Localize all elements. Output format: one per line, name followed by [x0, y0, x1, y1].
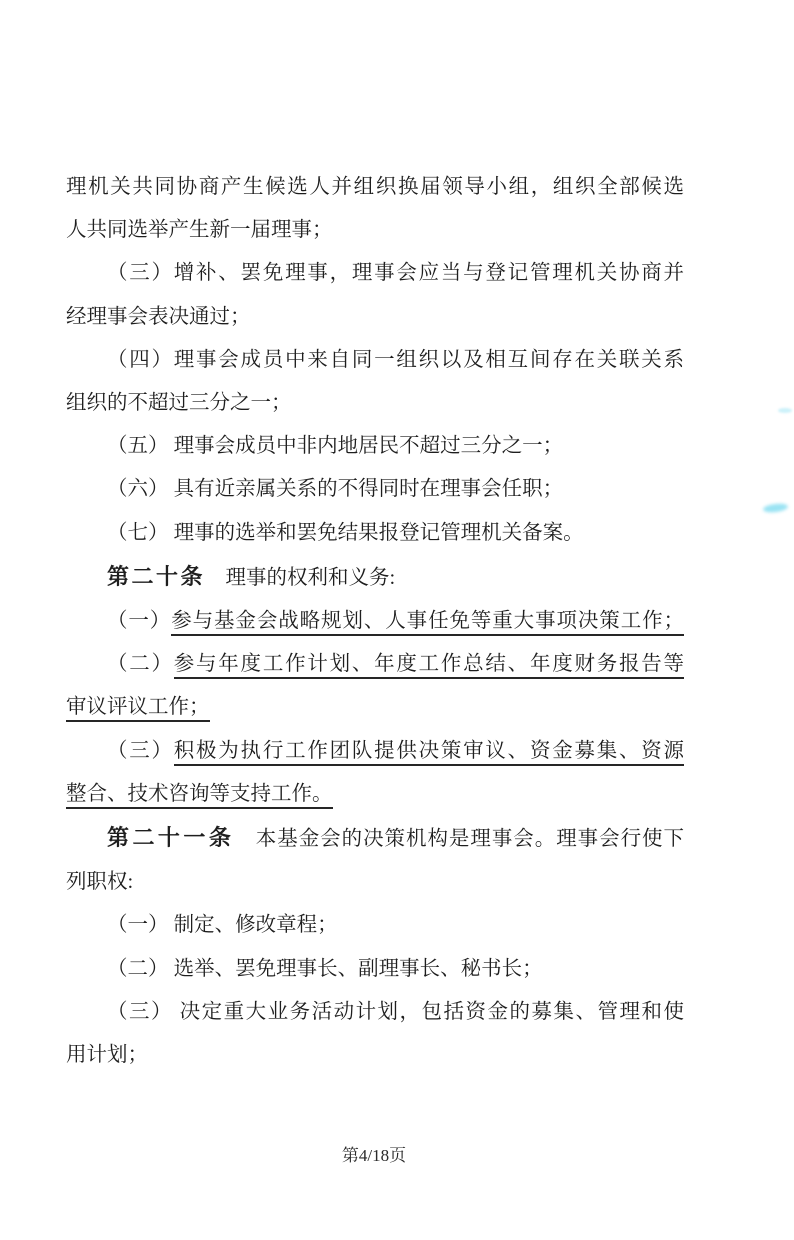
article-number: 第二十一条	[107, 825, 234, 850]
text-line: 经理事会表决通过；	[66, 296, 684, 339]
underlined-run: 审议评议工作；	[66, 696, 210, 722]
text-line: 审议评议工作；	[66, 686, 684, 729]
list-item-line: （一）参与基金会战略规划、人事任免等重大事项决策工作；	[66, 600, 684, 643]
underlined-run: 整合、技术咨询等支持工作。	[66, 783, 333, 809]
text-run: （四）理事会成员中来自同一组织以及相互间存在关联关系	[107, 349, 684, 371]
text-run: （五） 理事会成员中非内地居民不超过三分之一；	[107, 435, 563, 457]
text-run: （一） 制定、修改章程；	[107, 914, 338, 936]
text-run: （七） 理事的选举和罢免结果报登记管理机关备案。	[107, 522, 584, 544]
text-line: 组织的不超过三分之一；	[66, 382, 684, 425]
text-run: （三）增补、罢免理事，理事会应当与登记管理机关协商并	[107, 262, 684, 284]
text-run: 理机关共同协商产生候选人并组织换届领导小组，组织全部候选	[66, 176, 684, 198]
list-item-line: （五） 理事会成员中非内地居民不超过三分之一；	[66, 425, 684, 468]
text-line: 理机关共同协商产生候选人并组织换届领导小组，组织全部候选	[66, 166, 684, 209]
text-run: （三）	[107, 740, 174, 762]
list-item-line: （三）增补、罢免理事，理事会应当与登记管理机关协商并	[66, 252, 684, 295]
article-heading-line: 第二十一条 本基金会的决策机构是理事会。理事会行使下	[66, 816, 684, 861]
list-item-line: （一） 制定、修改章程；	[66, 904, 684, 947]
text-line: 人共同选举产生新一届理事；	[66, 209, 684, 252]
ink-smudge	[763, 503, 789, 514]
page-number: 第4/18页	[0, 1141, 771, 1166]
underlined-run: 参与年度工作计划、年度工作总结、年度财务报告等	[174, 653, 684, 679]
article-heading-line: 第二十条 理事的权利和义务:	[66, 555, 684, 600]
text-run: 经理事会表决通过；	[66, 306, 251, 328]
text-line: 列职权:	[66, 861, 684, 904]
text-run: （六） 具有近亲属关系的不得同时在理事会任职；	[107, 478, 563, 500]
text-line: 整合、技术咨询等支持工作。	[66, 773, 684, 816]
text-run: 人共同选举产生新一届理事；	[66, 219, 333, 241]
list-item-line: （六） 具有近亲属关系的不得同时在理事会任职；	[66, 468, 684, 511]
list-item-line: （三） 决定重大业务活动计划，包括资金的募集、管理和使	[66, 991, 684, 1034]
text-run: （三） 决定重大业务活动计划，包括资金的募集、管理和使	[107, 1001, 684, 1023]
document-page: 理机关共同协商产生候选人并组织换届领导小组，组织全部候选 人共同选举产生新一届理…	[0, 0, 794, 1240]
text-run: （二）	[107, 653, 174, 675]
text-run: （一）	[107, 610, 171, 632]
list-item-line: （七） 理事的选举和罢免结果报登记管理机关备案。	[66, 512, 684, 555]
text-run: 理事的权利和义务:	[205, 567, 395, 589]
list-item-line: （二）参与年度工作计划、年度工作总结、年度财务报告等	[66, 643, 684, 686]
article-number: 第二十条	[107, 564, 205, 589]
text-run: 组织的不超过三分之一；	[66, 392, 292, 414]
text-run: 本基金会的决策机构是理事会。理事会行使下	[234, 828, 684, 850]
list-item-line: （二） 选举、罢免理事长、副理事长、秘书长；	[66, 948, 684, 991]
text-run: 用计划；	[66, 1044, 148, 1066]
text-line: 用计划；	[66, 1034, 684, 1077]
text-run: 列职权:	[66, 871, 133, 893]
text-content: 理机关共同协商产生候选人并组织换届领导小组，组织全部候选 人共同选举产生新一届理…	[66, 166, 684, 1077]
underlined-run: 积极为执行工作团队提供决策审议、资金募集、资源	[174, 740, 684, 766]
list-item-line: （四）理事会成员中来自同一组织以及相互间存在关联关系	[66, 339, 684, 382]
ink-smudge	[778, 408, 792, 413]
underlined-run: 参与基金会战略规划、人事任免等重大事项决策工作；	[171, 610, 684, 636]
list-item-line: （三）积极为执行工作团队提供决策审议、资金募集、资源	[66, 730, 684, 773]
text-run: （二） 选举、罢免理事长、副理事长、秘书长；	[107, 958, 543, 980]
